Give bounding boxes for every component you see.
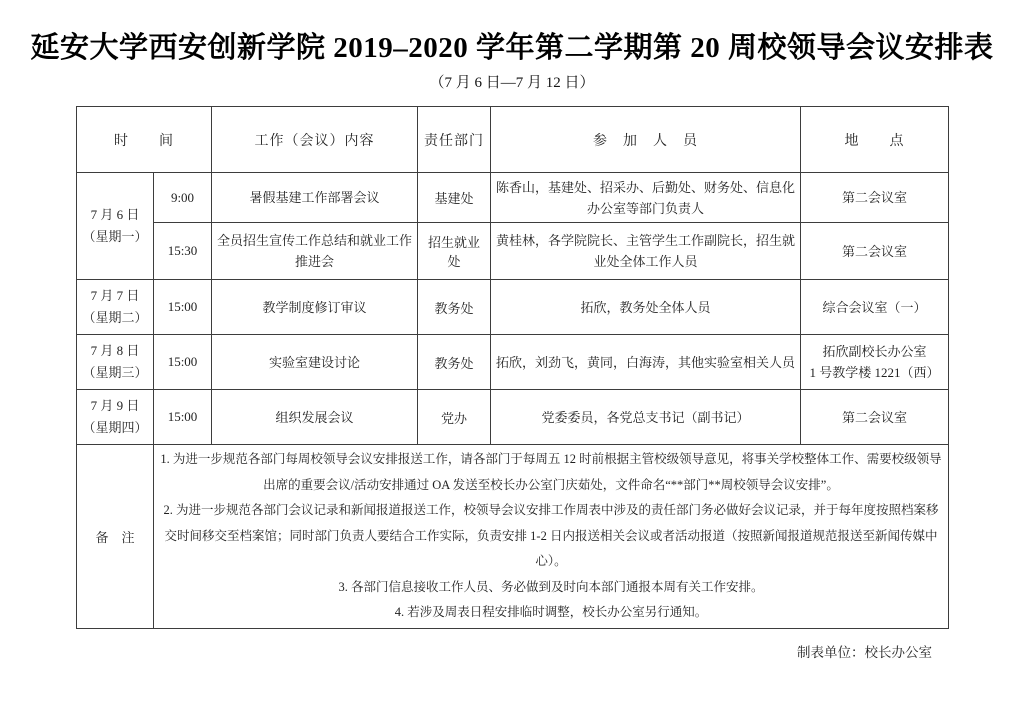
participants-cell: 陈香山，基建处、招采办、后勤处、财务处、信息化办公室等部门负责人 xyxy=(491,173,801,223)
schedule-table-wrap: 时 间 工作（会议）内容 责任部门 参 加 人 员 地 点 7 月 6 日 （星… xyxy=(76,106,948,629)
participants-cell: 拓欣，刘劲飞，黄同，白海涛，其他实验室相关人员 xyxy=(491,335,801,390)
page-title: 延安大学西安创新学院 2019–2020 学年第二学期第 20 周校领导会议安排… xyxy=(0,0,1024,66)
content-cell: 实验室建设讨论 xyxy=(212,335,418,390)
location-cell: 第二会议室 xyxy=(801,173,949,223)
header-location: 地 点 xyxy=(801,107,949,173)
remark-item: 3. 各部门信息接收工作人员、务必做到及时向本部门通报本周有关工作安排。 xyxy=(159,575,943,601)
location-cell: 拓欣副校长办公室 1 号教学楼 1221（西） xyxy=(801,335,949,390)
weekday-text: （星期三） xyxy=(82,362,148,384)
remarks-row: 备 注 1. 为进一步规范各部门每周校领导会议安排报送工作，请各部门于每周五 1… xyxy=(77,445,949,629)
date-text: 7 月 7 日 xyxy=(82,285,148,307)
location-cell: 第二会议室 xyxy=(801,390,949,445)
table-row: 15:30 全员招生宣传工作总结和就业工作推进会 招生就业处 黄桂林，各学院院长… xyxy=(77,223,949,280)
time-cell: 15:00 xyxy=(154,390,212,445)
department-cell: 党办 xyxy=(418,390,491,445)
participants-cell: 拓欣，教务处全体人员 xyxy=(491,280,801,335)
remarks-content-cell: 1. 为进一步规范各部门每周校领导会议安排报送工作，请各部门于每周五 12 时前… xyxy=(154,445,949,629)
table-row: 7 月 7 日 （星期二） 15:00 教学制度修订审议 教务处 拓欣，教务处全… xyxy=(77,280,949,335)
date-cell: 7 月 8 日 （星期三） xyxy=(77,335,154,390)
weekday-text: （星期一） xyxy=(82,226,148,248)
table-row: 7 月 6 日 （星期一） 9:00 暑假基建工作部署会议 基建处 陈香山，基建… xyxy=(77,173,949,223)
date-cell: 7 月 7 日 （星期二） xyxy=(77,280,154,335)
date-range-subtitle: （7 月 6 日—7 月 12 日） xyxy=(0,71,1024,92)
header-content: 工作（会议）内容 xyxy=(212,107,418,173)
participants-cell: 黄桂林，各学院院长、主管学生工作副院长，招生就业处全体工作人员 xyxy=(491,223,801,280)
date-text: 7 月 8 日 xyxy=(82,340,148,362)
header-row: 时 间 工作（会议）内容 责任部门 参 加 人 员 地 点 xyxy=(77,107,949,173)
content-cell: 全员招生宣传工作总结和就业工作推进会 xyxy=(212,223,418,280)
content-cell: 组织发展会议 xyxy=(212,390,418,445)
department-cell: 教务处 xyxy=(418,280,491,335)
remark-item: 2. 为进一步规范各部门会议记录和新闻报道报送工作，校领导会议安排工作周表中涉及… xyxy=(159,498,943,575)
header-time: 时 间 xyxy=(77,107,212,173)
time-cell: 15:00 xyxy=(154,280,212,335)
date-cell: 7 月 6 日 （星期一） xyxy=(77,173,154,280)
date-text: 7 月 9 日 xyxy=(82,395,148,417)
content-cell: 暑假基建工作部署会议 xyxy=(212,173,418,223)
document-page: 延安大学西安创新学院 2019–2020 学年第二学期第 20 周校领导会议安排… xyxy=(0,0,1024,723)
header-participants: 参 加 人 员 xyxy=(491,107,801,173)
department-cell: 教务处 xyxy=(418,335,491,390)
weekday-text: （星期四） xyxy=(82,417,148,439)
header-department: 责任部门 xyxy=(418,107,491,173)
remarks-label-cell: 备 注 xyxy=(77,445,154,629)
schedule-table: 时 间 工作（会议）内容 责任部门 参 加 人 员 地 点 7 月 6 日 （星… xyxy=(76,106,949,629)
time-cell: 15:30 xyxy=(154,223,212,280)
date-text: 7 月 6 日 xyxy=(82,204,148,226)
issuing-unit-footer: 制表单位：校长办公室 xyxy=(76,641,948,661)
table-row: 7 月 8 日 （星期三） 15:00 实验室建设讨论 教务处 拓欣，刘劲飞，黄… xyxy=(77,335,949,390)
content-cell: 教学制度修订审议 xyxy=(212,280,418,335)
remark-item: 4. 若涉及周表日程安排临时调整，校长办公室另行通知。 xyxy=(159,600,943,626)
department-cell: 招生就业处 xyxy=(418,223,491,280)
department-cell: 基建处 xyxy=(418,173,491,223)
location-cell: 第二会议室 xyxy=(801,223,949,280)
remark-item: 1. 为进一步规范各部门每周校领导会议安排报送工作，请各部门于每周五 12 时前… xyxy=(159,447,943,498)
table-row: 7 月 9 日 （星期四） 15:00 组织发展会议 党办 党委委员，各党总支书… xyxy=(77,390,949,445)
participants-cell: 党委委员，各党总支书记（副书记） xyxy=(491,390,801,445)
time-cell: 9:00 xyxy=(154,173,212,223)
time-cell: 15:00 xyxy=(154,335,212,390)
weekday-text: （星期二） xyxy=(82,307,148,329)
date-cell: 7 月 9 日 （星期四） xyxy=(77,390,154,445)
location-cell: 综合会议室（一） xyxy=(801,280,949,335)
